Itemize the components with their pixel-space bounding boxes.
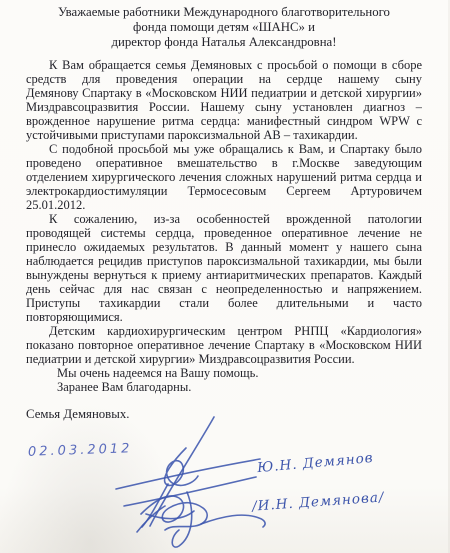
text-line: вынуждены вернуться к приему антиаритмич…: [26, 268, 422, 282]
letter-body: К Вам обращается семья Демяновых с прось…: [26, 58, 422, 394]
text-line: педиатрии и детской хирургии» Миздравсоц…: [26, 352, 422, 366]
text-line: Мы очень надеемся на Вашу помощь.: [26, 366, 422, 380]
text-line: отделением хирургического лечения сложны…: [26, 170, 422, 184]
text-line: проводящей системы сердца, проведенное о…: [26, 226, 422, 240]
text-line: наблюдается рецидив приступов пароксизма…: [26, 254, 422, 268]
text-line: устойчивыми приступами пароксизмальной А…: [26, 128, 422, 142]
text-line: принесло ожидаемых результатов. В данный…: [26, 240, 422, 254]
text-line: Демянову Спартаку в «Московском НИИ педи…: [26, 86, 422, 100]
text-line: врожденное нарушение ритма сердца: маниф…: [26, 114, 422, 128]
text-line: показано повторное оперативное лечение С…: [26, 338, 422, 352]
text-line: фонда помощи детям «ШАНС» и: [26, 20, 422, 35]
text-line: день сейчас для нас связан с неопределен…: [26, 282, 422, 296]
text-line: электрокардиостимуляции Термосесовым Сер…: [26, 184, 422, 198]
text-line: Миздравсоцразвития России. Нашему сыну у…: [26, 100, 422, 114]
text-line: К сожалению, из-за особенностей врожденн…: [26, 212, 422, 226]
text-line: К Вам обращается семья Демяновых с прось…: [26, 58, 422, 72]
text-line: средств для проведения операции на сердц…: [26, 72, 422, 86]
text-line: С подобной просьбой мы уже обращались к …: [26, 142, 422, 156]
letter-heading: Уважаемые работники Международного благо…: [26, 5, 422, 50]
text-line: 25.01.2012.: [26, 198, 422, 212]
text-line: Уважаемые работники Международного благо…: [26, 5, 422, 20]
text-line: Заранее Вам благодарны.: [26, 380, 422, 394]
text-line: Детским кардиохирургическим центром РНПЦ…: [26, 324, 422, 338]
text-line: директор фонда Наталья Александровна!: [26, 35, 422, 50]
text-line: проведено оперативное вмешательство в г.…: [26, 156, 422, 170]
text-line: повторяющимися.: [26, 310, 422, 324]
text-line: Приступы тахикардии стали более длительн…: [26, 296, 422, 310]
scanned-letter-page: Уважаемые работники Международного благо…: [0, 0, 450, 553]
handwritten-name-1: Ю.Н. Демянов: [257, 450, 375, 476]
